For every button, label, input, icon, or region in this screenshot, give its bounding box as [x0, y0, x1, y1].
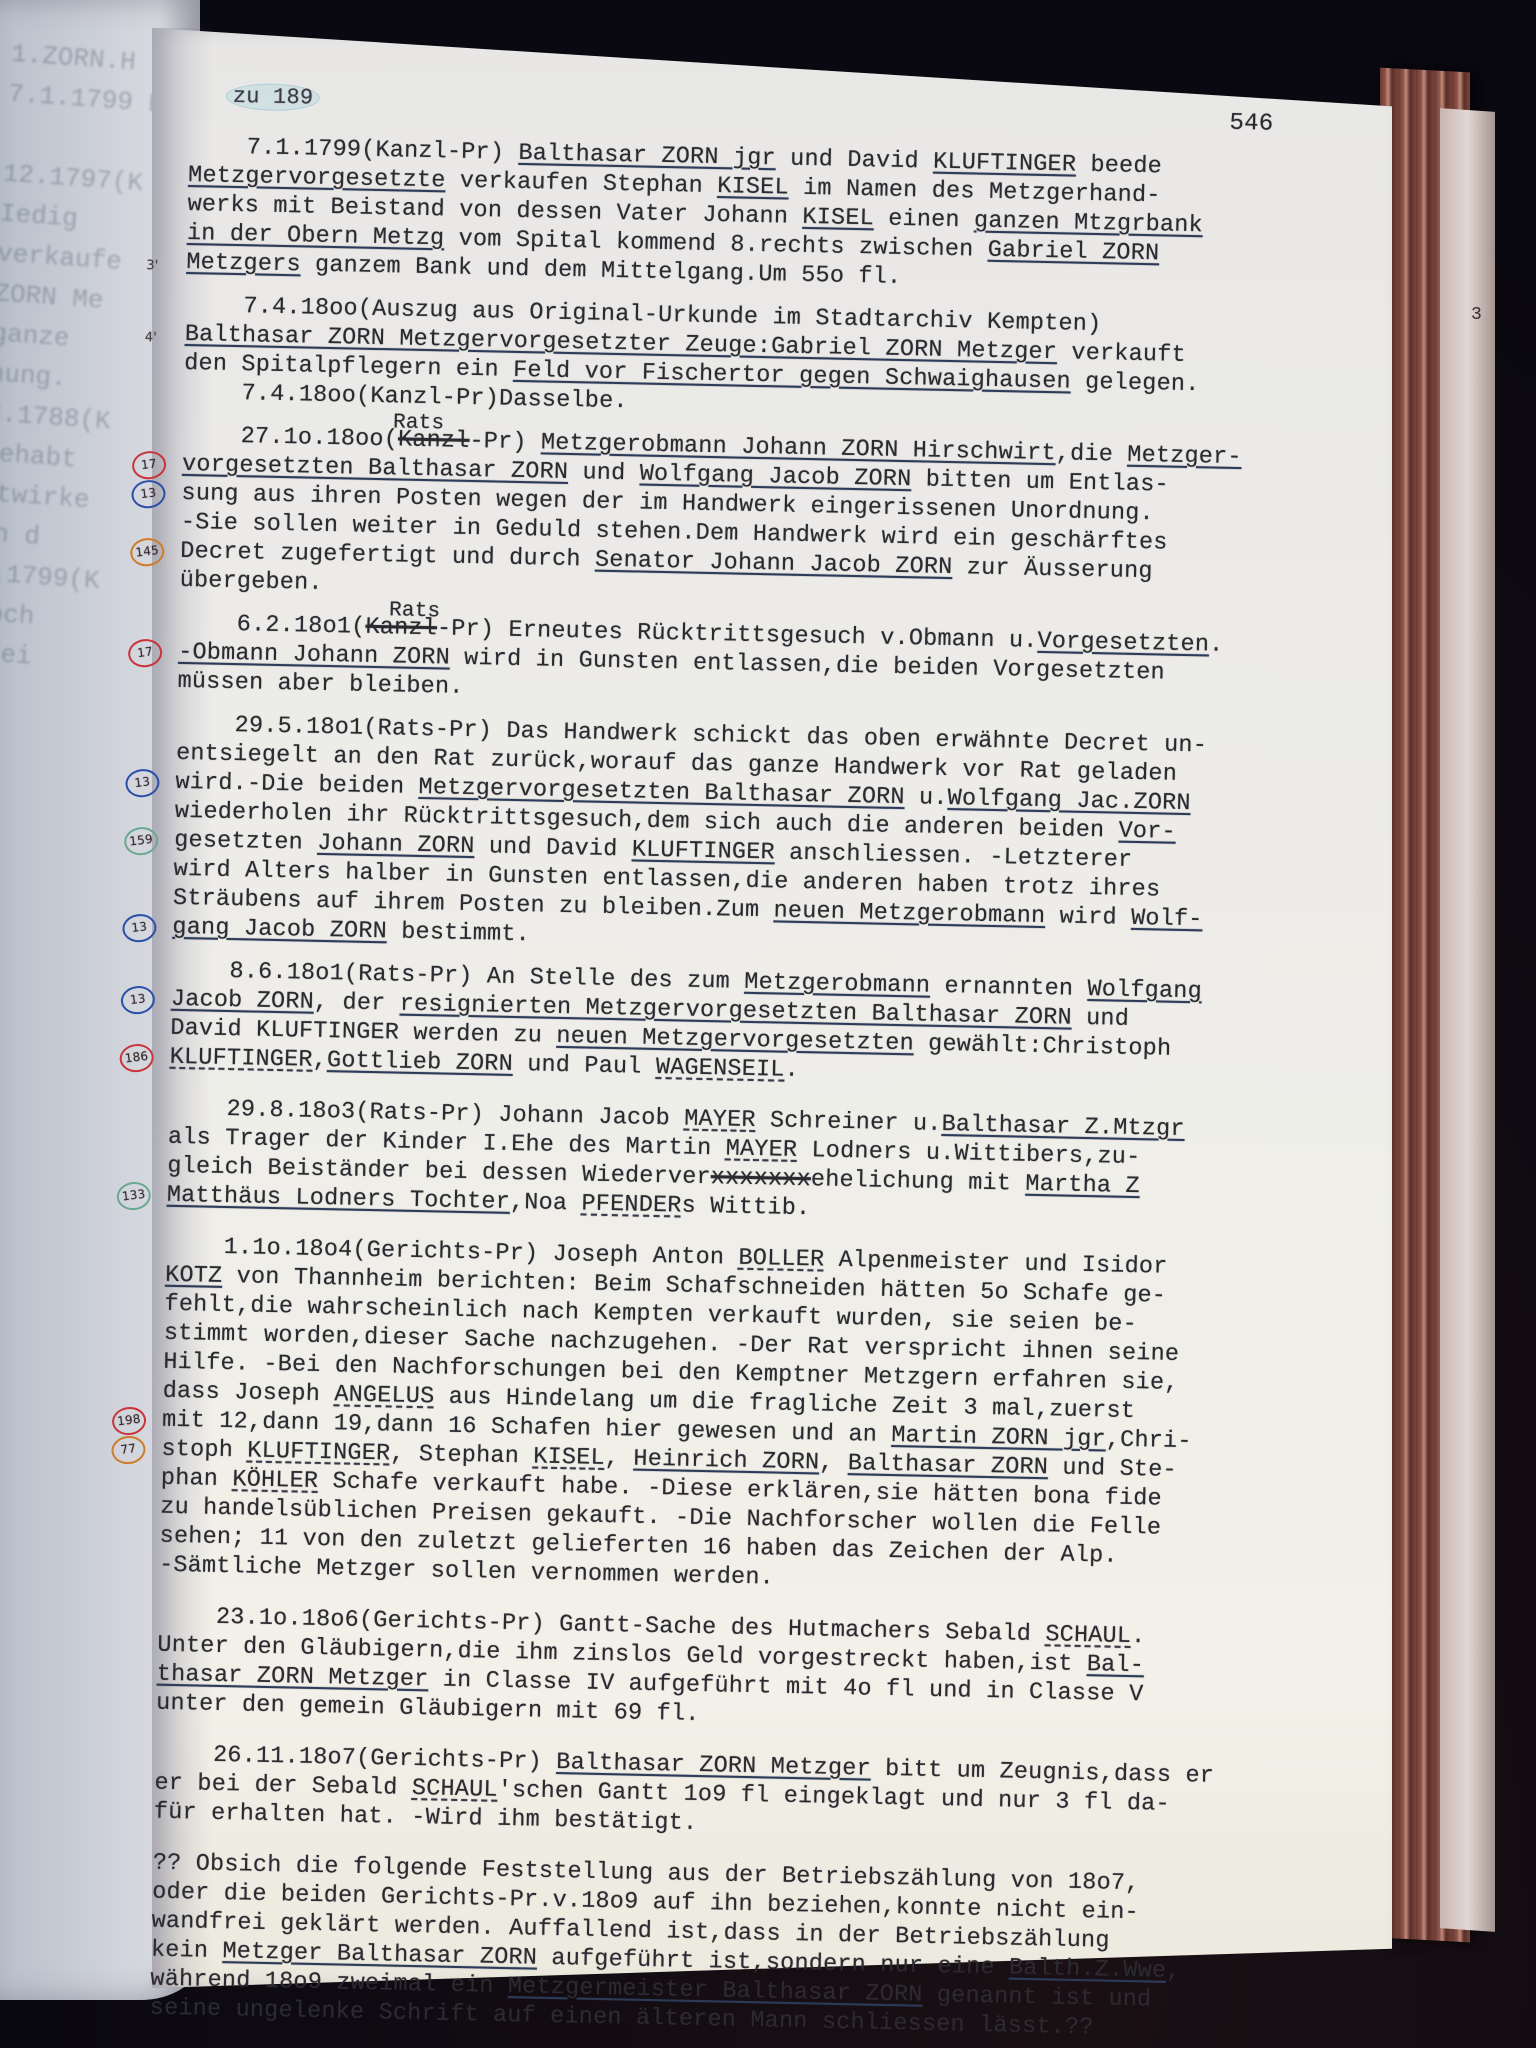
text-span: zur Äusserung — [952, 554, 1153, 585]
text-span: genannt ist und — [922, 1982, 1151, 2014]
surname-marked: SCHAUL — [412, 1775, 498, 1804]
underlined-name: Wolf- — [1131, 905, 1203, 933]
tab-page-edge — [1440, 108, 1495, 1932]
typewritten-text: zu 189 546 7.1.1799(Kanzl-Pr) Balthasar … — [149, 88, 1429, 2048]
underlined-name: Heinrich ZORN — [633, 1446, 819, 1477]
underlined-name: Metzgerobmann — [744, 969, 930, 1000]
text-span: stoph — [161, 1436, 247, 1465]
text-span: gelegen. — [1071, 369, 1200, 399]
underlined-name: Martin ZORN jgr — [891, 1422, 1106, 1453]
handwritten-correction: Rats — [393, 408, 445, 438]
underlined-name: gang Jacob ZORN — [172, 914, 387, 945]
text-span: ,Chri- — [1106, 1426, 1192, 1455]
underlined-name: Balthasar Z.Mtzgr — [941, 1111, 1185, 1143]
underlined-name: Metzgervorgesetzte — [188, 162, 446, 194]
entry: 8.6.18o1(Rats-Pr) An Stelle des zum Metz… — [169, 956, 1411, 1098]
entries-list: 7.1.1799(Kanzl-Pr) Balthasar ZORN jgr un… — [149, 132, 1428, 2048]
underlined-name: Johann ZORN — [317, 830, 475, 860]
entry: Rats6.2.18o1(Kanzl-Pr) Erneutes Rücktrit… — [177, 609, 1419, 722]
text-span: und David — [776, 145, 934, 175]
underlined-name: Vorgesetzten — [1037, 628, 1209, 659]
page-number: 546 — [1229, 110, 1273, 138]
text-span: müssen aber bleiben. — [177, 668, 464, 701]
text-span: , — [605, 1445, 634, 1473]
edge-mark: 3 — [1471, 305, 1482, 325]
text-span: verkaufen Stephan — [445, 167, 717, 200]
text-span: und — [1072, 1005, 1130, 1033]
text-span: ehelichung mit — [811, 1166, 1026, 1197]
underlined-name: in der Obern Metzg — [187, 220, 445, 252]
text-span: , der — [314, 989, 400, 1018]
underlined-name: Metzgers — [186, 249, 301, 278]
struck-text: xxxxxxx — [711, 1164, 812, 1193]
entry: 7.4.18oo(Auszug aus Original-Urkunde im … — [183, 291, 1425, 433]
text-span: . — [784, 1057, 799, 1084]
underlined-name: Matthäus Lodners Tochter — [167, 1182, 511, 1216]
underlined-name: Jacob ZORN — [171, 986, 315, 1016]
text-span: verkauft — [1057, 339, 1186, 369]
text-span: -Pr) — [469, 428, 541, 456]
surname-marked: KÖHLER — [232, 1466, 318, 1495]
text-span: dass Joseph — [162, 1378, 334, 1409]
underlined-name: Vor- — [1118, 818, 1176, 846]
text-span: wird.-Die beiden — [175, 769, 419, 801]
underlined-name: Bal- — [1087, 1651, 1145, 1679]
text-span: 7.1.1799(Kanzl-Pr) — [246, 134, 518, 167]
entry: Rats27.1o.18oo(Kanzl-Pr) Metzgerobmann J… — [179, 421, 1422, 621]
surname-marked: KLUFTINGER — [169, 1044, 313, 1074]
text-span: ernannten — [930, 973, 1088, 1003]
text-span: wird — [1045, 903, 1131, 932]
text-span: 27.1o.18oo( — [240, 423, 398, 453]
text-span: ,die — [1055, 440, 1127, 468]
surname-marked: PFENDER — [581, 1190, 682, 1219]
underlined-name: Gabriel ZORN — [987, 237, 1159, 268]
text-span: gesetzten — [174, 827, 318, 857]
text-span: . — [1209, 631, 1224, 658]
underlined-name: thasar ZORN Metzger — [156, 1661, 428, 1694]
surname-marked: KISEL — [533, 1443, 605, 1471]
reference-note: zu 189 — [226, 83, 321, 112]
underlined-name: KISEL — [717, 173, 789, 201]
text-span: 6.2.18o1( — [236, 611, 365, 641]
entry: 26.11.18o7(Gerichts-Pr) Balthasar ZORN M… — [154, 1740, 1396, 1853]
text-span: beede — [1076, 152, 1162, 181]
underlined-name: Metzger- — [1127, 442, 1242, 471]
margin-reference: 3' — [146, 251, 159, 280]
entry: 7.1.1799(Kanzl-Pr) Balthasar ZORN jgr un… — [186, 132, 1429, 303]
underlined-name: KOTZ — [165, 1262, 223, 1290]
text-span: bitten um Entlas- — [911, 466, 1169, 498]
underlined-name: Wolfgang Jac.ZORN — [947, 785, 1191, 817]
surname-marked: MAYER — [684, 1106, 756, 1134]
surname-marked: BOLLER — [738, 1245, 824, 1274]
text-span: ,Noa — [510, 1189, 582, 1217]
reference-note-circle: zu 189 — [226, 83, 321, 112]
text-span: , — [312, 1047, 327, 1074]
text-span: Schreiner u. — [755, 1107, 941, 1138]
underlined-name: KISEL — [802, 204, 874, 232]
underlined-name: neuen Metzgerobmann — [773, 897, 1045, 930]
handwritten-correction: Rats — [389, 596, 441, 626]
underlined-name: Balth.Z.Wwe — [1009, 1955, 1167, 1985]
surname-marked: ANGELUS — [334, 1381, 435, 1410]
underlined-name: Wolfgang Jacob ZORN — [639, 461, 911, 494]
text-span: bestimmt. — [387, 918, 531, 948]
text-span: gewählt:Christoph — [914, 1030, 1172, 1062]
text-span: und Ste- — [1048, 1454, 1177, 1484]
underlined-name: Balthasar ZORN jgr — [518, 140, 776, 172]
text-span: , — [1166, 1958, 1181, 1985]
text-span: übergeben. — [179, 567, 323, 597]
entry: 29.8.18o3(Rats-Pr) Johann Jacob MAYER Sc… — [167, 1094, 1409, 1236]
underlined-name: KLUFTINGER — [632, 836, 776, 866]
surname-marked: MAYER — [725, 1135, 797, 1163]
text-span: , — [819, 1449, 848, 1477]
surname-marked: WAGENSEIL — [656, 1054, 785, 1084]
text-span: kein — [151, 1937, 223, 1965]
text-span: einen — [874, 205, 975, 234]
text-span: s Wittib. — [681, 1193, 810, 1223]
entry: 23.1o.18o6(Gerichts-Pr) Gantt-Sache des … — [156, 1602, 1398, 1744]
text-span: u. — [904, 784, 947, 812]
entry: 29.5.18o1(Rats-Pr) Das Handwerk schickt … — [172, 710, 1417, 968]
surname-marked: KLUFTINGER — [247, 1438, 391, 1468]
underlined-name: -Obmann Johann ZORN — [178, 639, 450, 672]
entry: ?? Obsich die folgende Feststellung aus … — [149, 1849, 1392, 2048]
entry: 1.1o.18o4(Gerichts-Pr) Joseph Anton BOLL… — [159, 1232, 1406, 1606]
text-span: er bei der Sebald — [154, 1770, 412, 1802]
underlined-name: Balthasar ZORN — [848, 1450, 1049, 1481]
surname-marked: SCHAUL — [1045, 1621, 1131, 1650]
text-span: und David — [474, 833, 632, 863]
margin-reference: 4' — [144, 323, 157, 352]
underlined-name: Martha Z — [1025, 1171, 1140, 1200]
text-span: , Stephan — [390, 1440, 534, 1470]
underlined-name: ganzen Mtzgrbank — [974, 207, 1203, 239]
text-span: und Paul — [513, 1051, 657, 1081]
underlined-name: KLUFTINGER — [933, 149, 1077, 179]
text-span: phan — [161, 1465, 233, 1493]
text-span: . — [1131, 1623, 1146, 1650]
underlined-name: Gottlieb ZORN — [327, 1047, 513, 1078]
text-span: und — [568, 459, 640, 487]
underlined-name: Wolfgang — [1087, 976, 1202, 1005]
